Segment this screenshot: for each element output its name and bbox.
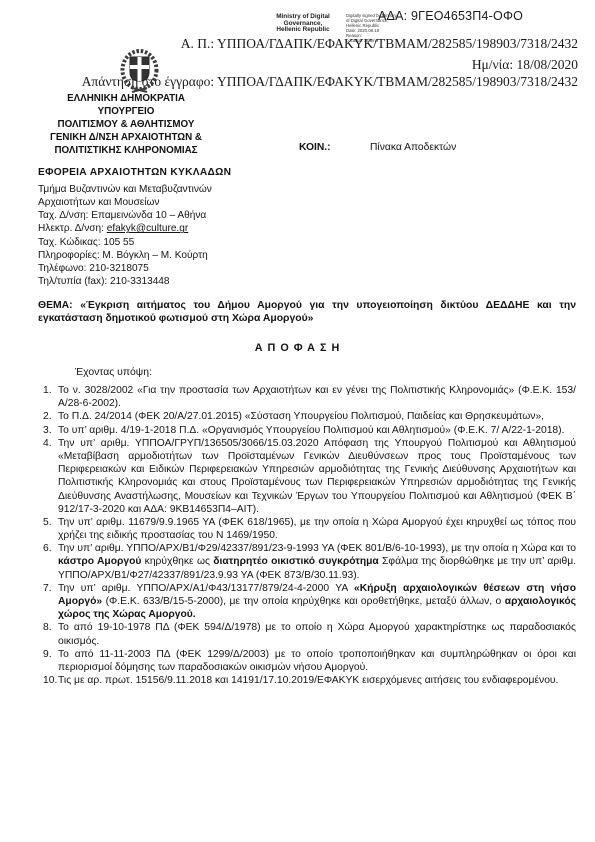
stamp-issuer-line: Hellenic Republic xyxy=(261,27,345,34)
decision-preamble: Έχοντας υπόψη: xyxy=(75,367,152,378)
list-item-number: 2. xyxy=(43,410,58,423)
service-department-line: Αρχαιοτήτων και Μουσείων xyxy=(38,196,268,209)
ministry-line: ΕΛΛΗΝΙΚΗ ΔΗΜΟΚΡΑΤΙΑ xyxy=(33,92,219,105)
recipients-label: ΚΟΙΝ.: xyxy=(299,142,331,153)
list-item-number: 7. xyxy=(43,582,58,622)
subject-label: ΘΕΜΑ: xyxy=(38,300,73,311)
list-item-number: 8. xyxy=(43,621,58,647)
list-item-text: Το από 19-10-1978 ΠΔ (ΦΕΚ 594/Δ/1978) με… xyxy=(58,621,576,647)
list-item: 8.Το από 19-10-1978 ΠΔ (ΦΕΚ 594/Δ/1978) … xyxy=(43,621,576,647)
list-item: 2.Το Π.Δ. 24/2014 (ΦΕΚ 20/Α/27.01.2015) … xyxy=(43,410,576,423)
list-item-text: Το ν. 3028/2002 «Για την προστασία των Α… xyxy=(58,384,576,410)
protocol-number: Α. Π.: ΥΠΠΟΑ/ΓΔΑΠΚ/ΕΦΑΚΥΚ/ΤΒΜΑΜ/282585/1… xyxy=(181,36,578,52)
email-link[interactable]: efakyk@culture.gr xyxy=(107,223,189,234)
list-item-number: 10. xyxy=(43,674,58,687)
list-item: 7.Την υπ’ αριθμ. ΥΠΠΟ/ΑΡΧ/Α1/Φ43/13177/8… xyxy=(43,582,576,622)
ministry-line: ΥΠΟΥΡΓΕΙΟ xyxy=(33,105,219,118)
list-item-text: Την υπ’ αριθμ. 11679/9.9.1965 ΥΑ (ΦΕΚ 61… xyxy=(58,516,576,542)
recipients-value: Πίνακα Αποδεκτών xyxy=(370,142,456,153)
reply-reference: Απάντηση στο έγγραφο: ΥΠΠΟΑ/ΓΔΑΠΚ/ΕΦΑΚΥΚ… xyxy=(26,74,578,90)
list-item-text: Την υπ’ αριθμ. ΥΠΠΟ/ΑΡΧ/Α1/Φ43/13177/879… xyxy=(58,582,576,622)
list-item-text: Το Π.Δ. 24/2014 (ΦΕΚ 20/Α/27.01.2015) «Σ… xyxy=(58,410,576,423)
list-item-number: 3. xyxy=(43,424,58,437)
service-address: Ταχ. Δ/νση: Επαμεινώνδα 10 – Αθήνα xyxy=(38,209,268,222)
service-department-line: Τμήμα Βυζαντινών και Μεταβυζαντινών xyxy=(38,183,268,196)
ministry-line: ΓΕΝΙΚΗ Δ/ΝΣΗ ΑΡΧΑΙΟΤΗΤΩΝ & xyxy=(33,131,219,144)
decision-heading: Α Π Ο Φ Α Σ Η xyxy=(0,342,595,354)
list-item-number: 6. xyxy=(43,542,58,582)
service-email-label: Ηλεκτρ. Δ/νση: xyxy=(38,223,107,234)
ministry-line: ΠΟΛΙΤΙΣΜΟΥ & ΑΘΛΗΤΙΣΜΟΥ xyxy=(33,118,219,131)
service-contact-persons: Πληροφορίες: Μ. Βόγκλη – Μ. Κούρτη xyxy=(38,249,268,262)
list-item-number: 5. xyxy=(43,516,58,542)
list-item-text: Την υπ’ αριθμ. ΥΠΠΟΑ/ΓΡΥΠ/136505/3066/15… xyxy=(58,437,576,516)
list-item-number: 4. xyxy=(43,437,58,516)
list-item-text: Το υπ’ αριθμ. 4/19-1-2018 Π.Δ. «Οργανισμ… xyxy=(58,424,576,437)
ministry-line: ΠΟΛΙΤΙΣΤΙΚΗΣ ΚΛΗΡΟΝΟΜΙΑΣ xyxy=(33,144,219,157)
list-item-number: 9. xyxy=(43,648,58,674)
digital-signature-stamp-issuer: Ministry of Digital Governance, Hellenic… xyxy=(261,14,345,34)
list-item: 1.Το ν. 3028/2002 «Για την προστασία των… xyxy=(43,384,576,410)
document-date: Ημ/νία: 18/08/2020 xyxy=(472,57,578,73)
list-item-text: Τις με αρ. πρωτ. 15156/9.11.2018 και 141… xyxy=(58,674,576,687)
service-fax: Τηλ/τυπία (fax): 210-3313448 xyxy=(38,275,268,288)
list-item-text: Την υπ’ αριθμ. ΥΠΠΟ/ΑΡΧ/Β1/Φ29/42337/891… xyxy=(58,542,576,582)
list-item: 5.Την υπ’ αριθμ. 11679/9.9.1965 ΥΑ (ΦΕΚ … xyxy=(43,516,576,542)
service-email-line: Ηλεκτρ. Δ/νση: efakyk@culture.gr xyxy=(38,222,268,235)
subject-text: «Έγκριση αιτήματος του Δήμου Αμοργού για… xyxy=(38,300,576,324)
list-item: 4.Την υπ’ αριθμ. ΥΠΠΟΑ/ΓΡΥΠ/136505/3066/… xyxy=(43,437,576,516)
service-contact-block: Τμήμα Βυζαντινών και Μεταβυζαντινών Αρχα… xyxy=(38,183,268,288)
list-item: 10.Τις με αρ. πρωτ. 15156/9.11.2018 και … xyxy=(43,674,576,687)
subject-paragraph: ΘΕΜΑ: «Έγκριση αιτήματος του Δήμου Αμοργ… xyxy=(38,299,576,326)
document-page: { "colors": { "text": "#141414", "paper"… xyxy=(0,0,595,842)
list-item: 9.Το από 11-11-2003 ΠΔ (ΦΕΚ 1299/Δ/2003)… xyxy=(43,648,576,674)
greek-coat-of-arms-icon xyxy=(116,48,163,98)
service-phone: Τηλέφωνο: 210-3218075 xyxy=(38,262,268,275)
list-item-number: 1. xyxy=(43,384,58,410)
service-title: ΕΦΟΡΕΙΑ ΑΡΧΑΙΟΤΗΤΩΝ ΚΥΚΛΑΔΩΝ xyxy=(38,167,231,178)
service-postal-code: Ταχ. Κώδικας: 105 55 xyxy=(38,236,268,249)
ministry-heading: ΕΛΛΗΝΙΚΗ ΔΗΜΟΚΡΑΤΙΑ ΥΠΟΥΡΓΕΙΟ ΠΟΛΙΤΙΣΜΟΥ… xyxy=(33,92,219,157)
list-item: 3.Το υπ’ αριθμ. 4/19-1-2018 Π.Δ. «Οργανι… xyxy=(43,424,576,437)
list-item-text: Το από 11-11-2003 ΠΔ (ΦΕΚ 1299/Δ/2003) μ… xyxy=(58,648,576,674)
list-item: 6.Την υπ’ αριθμ. ΥΠΠΟ/ΑΡΧ/Β1/Φ29/42337/8… xyxy=(43,542,576,582)
considerations-list: 1.Το ν. 3028/2002 «Για την προστασία των… xyxy=(43,384,576,687)
